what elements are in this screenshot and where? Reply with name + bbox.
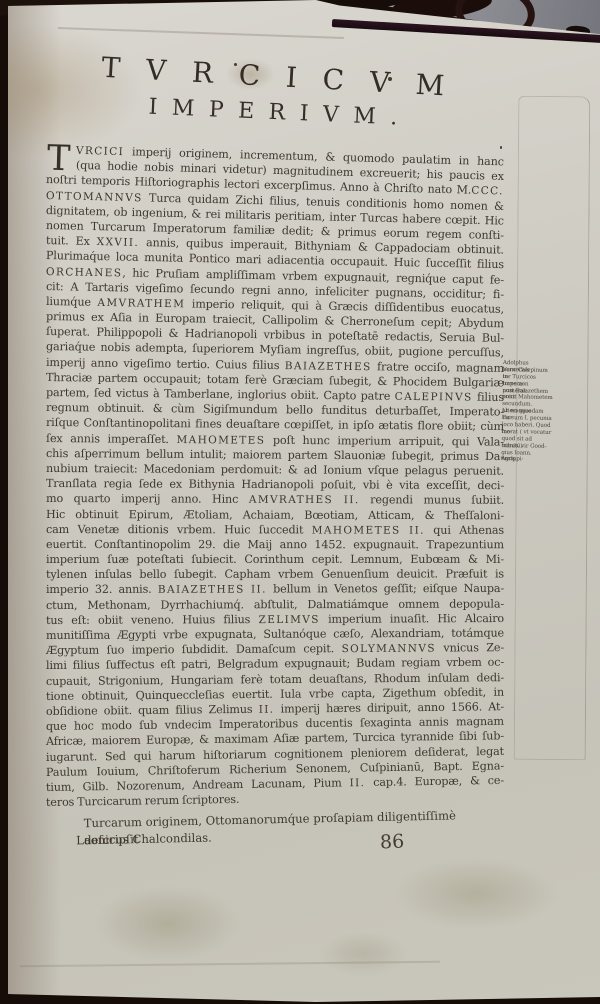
margin-note: Adolphus Verneriushunc Calepinum in-ter … [501,360,555,464]
body-text: VRCICI imperij originem, incrementum, & … [46,142,504,810]
margin-note-line: ensis. [501,456,553,464]
text-line: imperium ſuæ poteſtati ſubiecit. Corinth… [46,552,504,567]
text-line: mo quarto imperij anno. Hinc AMVRATHES I… [46,491,504,508]
text-line: tylenen inſulas bello ſubegit. Capham vr… [46,567,504,583]
text-line: imperio 32. annis. BAIAZETHES II. bellum… [46,581,504,597]
book-photo: TVRCICVM IMPERIVM. T VRCICI imperij orig… [0,0,600,1004]
text-line: cam Venetæ ditionis vrbem. Huic ſuccedit… [46,522,504,538]
text-line: euertit. Conſtantinopolim 29. die Maij a… [46,537,504,553]
page-number: 86 [380,830,405,853]
text-line: Hic obtinuit Epirum, Ætoliam, Achaiam, B… [46,507,504,523]
